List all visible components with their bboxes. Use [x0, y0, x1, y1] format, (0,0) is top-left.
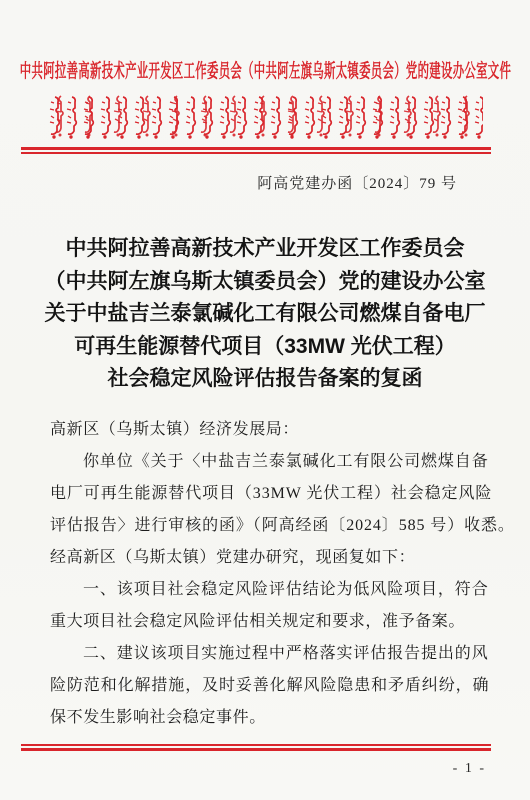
- document-body: 高新区（乌斯太镇）经济发展局：你单位《关于〈中盐吉兰泰氯碱化工有限公司燃煤自备电…: [50, 414, 480, 734]
- title-line: 可再生能源替代项目（33MW 光伏工程）: [0, 331, 530, 364]
- title-line: （中共阿左旗乌斯太镇委员会）党的建设办公室: [0, 266, 530, 299]
- title-line: 社会稳定风险评估报告备案的复函: [0, 363, 530, 396]
- body-line: 电厂可再生能源替代项目（33MW 光伏工程）社会稳定风险: [50, 478, 480, 510]
- body-line: 经高新区（乌斯太镇）党建办研究，现函复如下：: [50, 542, 480, 574]
- body-line: 你单位《关于〈中盐吉兰泰氯碱化工有限公司燃煤自备: [50, 446, 480, 478]
- red-separator-top: [21, 147, 491, 154]
- document-masthead: 中共阿拉善高新技术产业开发区工作委员会（中共阿左旗乌斯太镇委员会）党的建设办公室…: [0, 57, 530, 87]
- body-line: 评估报告〉进行审核的函》（阿高经函〔2024〕585 号）收悉。: [50, 510, 480, 542]
- document-title: 中共阿拉善高新技术产业开发区工作委员会（中共阿左旗乌斯太镇委员会）党的建设办公室…: [0, 233, 530, 396]
- title-line: 关于中盐吉兰泰氯碱化工有限公司燃煤自备电厂: [0, 298, 530, 331]
- body-line: 险防范和化解措施，及时妥善化解风险隐患和矛盾纠纷，确: [50, 670, 480, 702]
- body-line: 高新区（乌斯太镇）经济发展局：: [50, 414, 480, 446]
- mongolian-script-icon: [47, 95, 483, 141]
- masthead-text: 中共阿拉善高新技术产业开发区工作委员会（中共阿左旗乌斯太镇委员会）党的建设办公室…: [19, 57, 510, 87]
- scanned-official-document: 中共阿拉善高新技术产业开发区工作委员会（中共阿左旗乌斯太镇委员会）党的建设办公室…: [0, 0, 530, 800]
- body-line: 保不发生影响社会稳定事件。: [50, 702, 480, 734]
- red-separator-bottom: [21, 744, 491, 751]
- page-number: - 1 -: [453, 761, 486, 777]
- body-line: 二、建议该项目实施过程中严格落实评估报告提出的风: [50, 638, 480, 670]
- title-line: 中共阿拉善高新技术产业开发区工作委员会: [0, 233, 530, 266]
- document-number: 阿高党建办函〔2024〕79 号: [0, 172, 457, 193]
- body-line: 一、该项目社会稳定风险评估结论为低风险项目，符合: [50, 574, 480, 606]
- body-line: 重大项目社会稳定风险评估相关规定和要求，准予备案。: [50, 606, 480, 638]
